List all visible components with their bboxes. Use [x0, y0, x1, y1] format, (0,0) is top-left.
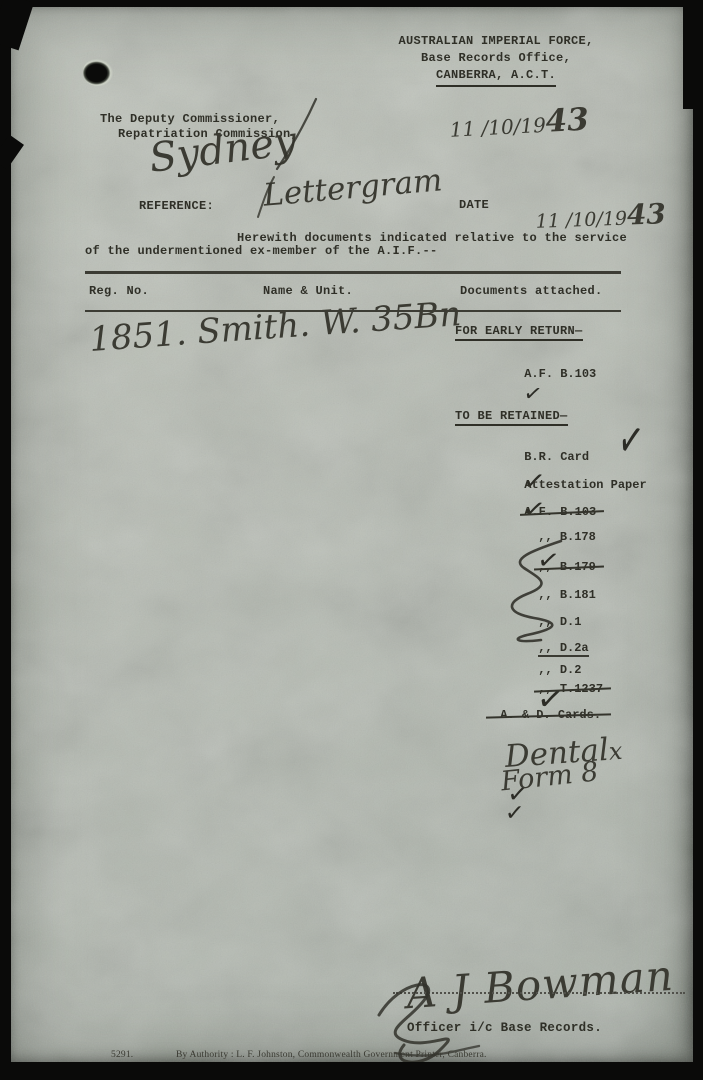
scanned-document-page: AUSTRALIAN IMPERIAL FORCE, Base Records …: [0, 0, 703, 1080]
column-name-unit: Name & Unit.: [263, 284, 353, 298]
letterhead: AUSTRALIAN IMPERIAL FORCE, Base Records …: [341, 33, 651, 87]
document-item-label: A.F. B.103: [524, 367, 596, 381]
handwritten-note-text: Form 8: [499, 756, 600, 797]
handwritten-ref-date-year: 43: [626, 197, 666, 231]
letterhead-org: AUSTRALIAN IMPERIAL FORCE,: [341, 33, 651, 50]
handwritten-reference: Lettergram: [262, 162, 444, 214]
column-documents: Documents attached.: [460, 284, 603, 298]
punch-hole: [83, 59, 113, 86]
scan-border-right: [683, 0, 697, 109]
check-mark-icon: ✓: [522, 383, 544, 408]
torn-corner-mark: [0, 0, 34, 50]
document-item-label: ,, B.179: [538, 560, 596, 574]
column-reg-no: Reg. No.: [89, 284, 149, 298]
check-mark-icon: ✓: [504, 802, 525, 826]
document-paper: AUSTRALIAN IMPERIAL FORCE, Base Records …: [11, 7, 693, 1062]
handwritten-date-year: 43: [545, 102, 590, 140]
signature-title: Officer i/c Base Records.: [407, 1021, 602, 1035]
handwritten-ref-date-daymonth: 11 /10/19: [535, 208, 627, 233]
document-item-label: Attestation Paper: [524, 478, 646, 492]
retained-heading: TO BE RETAINED—: [455, 409, 568, 426]
early-return-heading: FOR EARLY RETURN—: [455, 324, 583, 341]
printer-imprint: By Authority : L. F. Johnston, Commonwea…: [176, 1050, 487, 1060]
handwritten-entry: 1851. Smith. W. 35Bn: [88, 294, 462, 360]
date-label: DATE: [459, 198, 489, 212]
signature-line: [393, 992, 685, 994]
handwritten-date-daymonth: 11 /10/19: [449, 113, 546, 142]
reference-label: REFERENCE:: [139, 199, 214, 213]
form-number: 5291.: [111, 1050, 133, 1060]
torn-edge-notch: [0, 135, 24, 170]
body-line1: Herewith documents indicated relative to…: [237, 231, 627, 245]
handwritten-note: Form 8 ✓: [445, 726, 606, 865]
letterhead-city: CANBERRA, A.C.T.: [436, 67, 556, 87]
cross-mark-icon: x: [608, 737, 623, 766]
document-item: A.F. B.103 ✓: [481, 353, 596, 417]
table-rule-top: [85, 271, 621, 274]
body-line2: of the undermentioned ex-member of the A…: [85, 244, 438, 258]
check-mark-icon: ✓: [616, 411, 646, 472]
handwritten-date-top: 11 /10/1943: [417, 83, 590, 166]
letterhead-office: Base Records Office,: [341, 50, 651, 67]
document-item-label: ,, B.181: [538, 588, 596, 602]
handwritten-signature: A J Bowman: [405, 951, 676, 1019]
document-item-label: ,, B.178: [538, 530, 596, 544]
document-item-label: B.R. Card: [524, 450, 589, 464]
